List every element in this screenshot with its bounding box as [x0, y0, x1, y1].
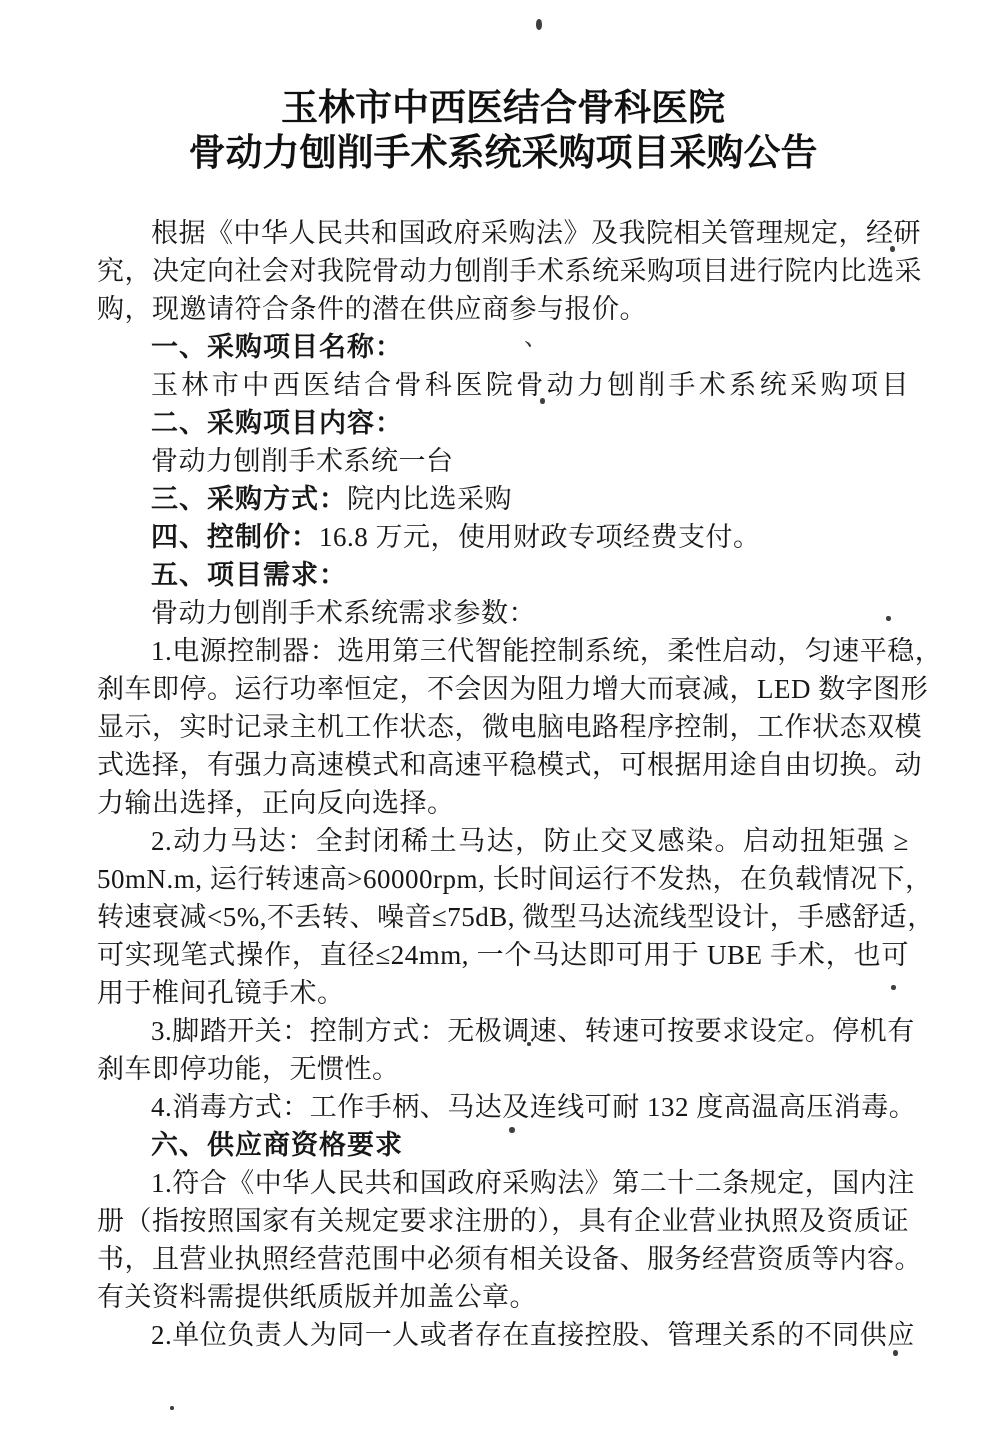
text-segment: 院内比选采购	[347, 484, 512, 514]
text-segment: 4.消毒方式：工作手柄、马达及连线可耐 132 度高温高压消毒。	[151, 1092, 916, 1122]
text-segment: 购，现邀请符合条件的潜在供应商参与报价。	[97, 294, 647, 324]
text-segment: 1.符合《中华人民共和国政府采购法》第二十二条规定，国内注	[151, 1168, 915, 1198]
text-line: 刹车即停功能，无惯性。	[97, 1050, 909, 1088]
text-line: 1.符合《中华人民共和国政府采购法》第二十二条规定，国内注	[97, 1164, 909, 1202]
scan-speck	[886, 616, 891, 621]
text-segment: 16.8 万元，使用财政专项经费支付。	[319, 522, 761, 552]
scan-speck	[891, 985, 896, 990]
text-line: 骨动力刨削手术系统需求参数：	[97, 594, 909, 632]
text-line: 2.动力马达：全封闭稀土马达，防止交叉感染。启动扭矩强 ≥	[97, 822, 909, 860]
text-line: 骨动力刨削手术系统一台	[97, 442, 909, 480]
heading-segment: 三、采购方式：	[151, 484, 347, 514]
text-segment: 有关资料需提供纸质版并加盖公章。	[97, 1282, 537, 1312]
scan-speck	[536, 19, 542, 30]
heading-segment: 二、采购项目内容：	[151, 408, 403, 438]
scanned-document-page: 玉林市中西医结合骨科医院 骨动力刨削手术系统采购项目采购公告 根据《中华人民共和…	[0, 0, 1000, 1439]
scan-speck	[893, 1350, 898, 1356]
text-line: 2.单位负责人为同一人或者存在直接控股、管理关系的不同供应	[97, 1316, 909, 1354]
text-line: 六、供应商资格要求	[97, 1126, 909, 1164]
text-segment: 用于椎间孔镜手术。	[97, 978, 345, 1008]
text-line: 用于椎间孔镜手术。	[97, 974, 909, 1012]
heading-segment: 五、项目需求：	[151, 560, 347, 590]
stray-mark: 、	[524, 326, 548, 350]
text-line: 3.脚踏开关：控制方式：无极调速、转速可按要求设定。停机有	[97, 1012, 909, 1050]
text-line: 二、采购项目内容：	[97, 404, 909, 442]
text-segment: 究，决定向社会对我院骨动力刨削手术系统采购项目进行院内比选采	[97, 256, 922, 286]
text-line: 购，现邀请符合条件的潜在供应商参与报价。	[97, 290, 909, 328]
text-line: 一、采购项目名称：	[97, 328, 909, 366]
document: 玉林市中西医结合骨科医院 骨动力刨削手术系统采购项目采购公告 根据《中华人民共和…	[97, 86, 909, 1354]
scan-speck	[890, 246, 895, 252]
scan-speck	[527, 1042, 531, 1046]
text-line: 四、控制价：16.8 万元，使用财政专项经费支付。	[97, 518, 909, 556]
title-line-1: 玉林市中西医结合骨科医院	[97, 86, 909, 131]
text-segment: 50mN.m, 运行转速高>60000rpm, 长时间运行不发热，在负载情况下，	[97, 864, 932, 894]
text-segment: 式选择，有强力高速模式和高速平稳模式，可根据用途自由切换。动	[97, 750, 922, 780]
text-line: 刹车即停。运行功率恒定，不会因为阻力增大而衰减，LED 数字图形	[97, 670, 909, 708]
text-segment: 转速衰减<5%,不丢转、噪音≤75dB, 微型马达流线型设计，手感舒适，	[97, 902, 935, 932]
text-segment: 2.动力马达：全封闭稀土马达，防止交叉感染。启动扭矩强 ≥	[151, 826, 909, 856]
text-segment: 书，且营业执照经营范围中必须有相关设备、服务经营资质等内容。	[97, 1244, 922, 1274]
text-line: 显示，实时记录主机工作状态，微电脑电路程序控制，工作状态双模	[97, 708, 909, 746]
text-line: 50mN.m, 运行转速高>60000rpm, 长时间运行不发热，在负载情况下，	[97, 860, 909, 898]
text-segment: 力输出选择，正向反向选择。	[97, 788, 455, 818]
text-segment: 骨动力刨削手术系统一台	[151, 446, 454, 476]
scan-speck	[170, 1406, 174, 1410]
text-line: 式选择，有强力高速模式和高速平稳模式，可根据用途自由切换。动	[97, 746, 909, 784]
text-segment: 骨动力刨削手术系统需求参数：	[151, 598, 536, 628]
text-segment: 刹车即停。运行功率恒定，不会因为阻力增大而衰减，LED 数字图形	[97, 674, 928, 704]
text-segment: 册（指按照国家有关规定要求注册的），具有企业营业执照及资质证	[97, 1206, 909, 1236]
text-line: 根据《中华人民共和国政府采购法》及我院相关管理规定，经研	[97, 214, 909, 252]
title-line-2: 骨动力刨削手术系统采购项目采购公告	[97, 131, 909, 176]
text-line: 有关资料需提供纸质版并加盖公章。	[97, 1278, 909, 1316]
document-title: 玉林市中西医结合骨科医院 骨动力刨削手术系统采购项目采购公告	[97, 86, 909, 176]
text-segment: 显示，实时记录主机工作状态，微电脑电路程序控制，工作状态双模	[97, 712, 922, 742]
text-line: 三、采购方式：院内比选采购	[97, 480, 909, 518]
text-line: 玉林市中西医结合骨科医院骨动力刨削手术系统采购项目	[97, 366, 909, 404]
text-segment: 根据《中华人民共和国政府采购法》及我院相关管理规定，经研	[151, 218, 921, 248]
text-line: 可实现笔式操作，直径≤24mm, 一个马达即可用于 UBE 手术，也可	[97, 936, 909, 974]
heading-segment: 一、采购项目名称：	[151, 332, 403, 362]
text-line: 书，且营业执照经营范围中必须有相关设备、服务经营资质等内容。	[97, 1240, 909, 1278]
heading-segment: 六、供应商资格要求	[151, 1130, 403, 1160]
text-segment: 1.电源控制器：选用第三代智能控制系统，柔性启动，匀速平稳，	[151, 636, 942, 666]
text-segment: 刹车即停功能，无惯性。	[97, 1054, 400, 1084]
document-body: 根据《中华人民共和国政府采购法》及我院相关管理规定，经研究，决定向社会对我院骨动…	[97, 214, 909, 1354]
text-segment: 可实现笔式操作，直径≤24mm, 一个马达即可用于 UBE 手术，也可	[97, 940, 909, 970]
text-line: 力输出选择，正向反向选择。	[97, 784, 909, 822]
scan-speck	[540, 398, 545, 404]
text-line: 册（指按照国家有关规定要求注册的），具有企业营业执照及资质证	[97, 1202, 909, 1240]
text-line: 五、项目需求：	[97, 556, 909, 594]
text-line: 转速衰减<5%,不丢转、噪音≤75dB, 微型马达流线型设计，手感舒适，	[97, 898, 909, 936]
text-segment: 2.单位负责人为同一人或者存在直接控股、管理关系的不同供应	[151, 1320, 915, 1350]
text-line: 究，决定向社会对我院骨动力刨削手术系统采购项目进行院内比选采	[97, 252, 909, 290]
scan-speck	[509, 1127, 515, 1133]
heading-segment: 四、控制价：	[151, 522, 319, 552]
text-segment: 3.脚踏开关：控制方式：无极调速、转速可按要求设定。停机有	[151, 1016, 915, 1046]
text-segment: 玉林市中西医结合骨科医院骨动力刨削手术系统采购项目	[151, 370, 909, 400]
text-line: 1.电源控制器：选用第三代智能控制系统，柔性启动，匀速平稳，	[97, 632, 909, 670]
text-line: 4.消毒方式：工作手柄、马达及连线可耐 132 度高温高压消毒。	[97, 1088, 909, 1126]
